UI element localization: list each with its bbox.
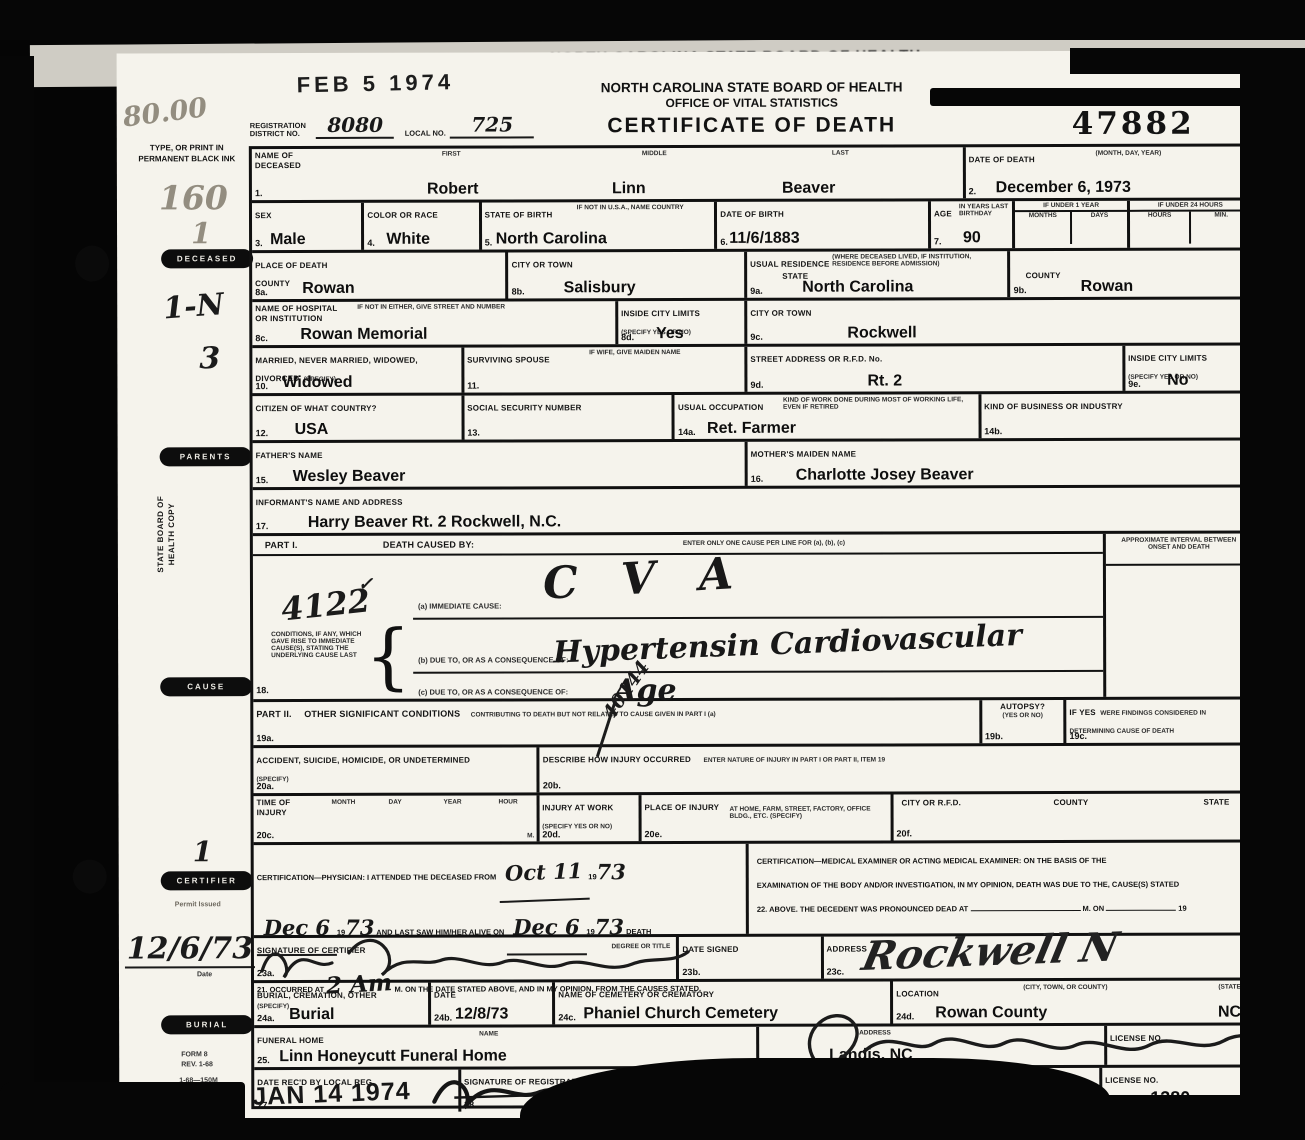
field-color-or-race: COLOR OR RACE 4. White [361, 203, 478, 250]
describe-sublabel: ENTER NATURE OF INJURY IN PART I OR PART… [703, 756, 885, 763]
field-marital-status: MARRIED, NEVER MARRIED, WIDOWED, DIVORCE… [252, 348, 461, 394]
item-5: 5. [485, 238, 493, 248]
field-place-of-injury: PLACE OF INJURY AT HOME, FARM, STREET, F… [638, 794, 890, 841]
item-14b: 14b. [984, 426, 1002, 436]
item-9d: 9d. [750, 380, 763, 390]
autopsy-sublabel: (YES OR NO) [985, 712, 1061, 719]
registration-district-label: REGISTRATION DISTRICT NO. [250, 122, 312, 139]
mother-label: MOTHER'S MAIDEN NAME [751, 450, 856, 459]
received-stamp-feb: FEB 5 1974 [296, 69, 454, 98]
item-9b: 9b. [1014, 285, 1027, 295]
location-value: Rowan County [935, 1004, 1047, 1022]
last-sublabel: LAST [832, 150, 849, 157]
location-label: LOCATION [896, 989, 939, 998]
residence-city-label: CITY OR TOWN [750, 309, 811, 318]
local-no-value: 725 [450, 112, 534, 138]
burial-type-value: Burial [289, 1006, 334, 1024]
place-of-injury-sublabel: AT HOME, FARM, STREET, FACTORY, OFFICE B… [729, 805, 889, 819]
black-blob-left [0, 1082, 245, 1140]
me-text3: ABOVE. THE DECEDENT WAS PRONOUNCED DEAD … [769, 904, 968, 914]
item-3: 3. [255, 238, 263, 248]
hospital-value: Rowan Memorial [300, 326, 427, 344]
place-of-injury-label: PLACE OF INJURY [644, 803, 719, 812]
address-label: ADDRESS [827, 945, 868, 954]
yr19: 19 [1178, 904, 1186, 913]
item-7: 7. [934, 236, 942, 246]
margin-pencil-160: 160 [159, 178, 228, 217]
field-death-city: CITY OR TOWN 8b. Salisbury [506, 252, 745, 299]
signer-label: SIGNATURE OF CERTIFIER [257, 946, 366, 955]
field-certifier-address: ADDRESS 23c. Rockwell N [821, 936, 1253, 979]
certificate-number: 47882 [1072, 106, 1195, 142]
part1-label: PART I. [265, 540, 298, 551]
hole-punch-top [75, 246, 109, 282]
scan-black-top [0, 0, 1305, 40]
field-business: KIND OF BUSINESS OR INDUSTRY 14b. [978, 394, 1251, 439]
item-24b: 24b. [434, 1013, 452, 1023]
tab-certifier: CERTIFIER [161, 871, 253, 890]
item-20a: 20a. [256, 781, 274, 791]
item-9a: 9a. [750, 286, 763, 296]
injury-county-label: COUNTY [1053, 798, 1088, 808]
item-8b: 8b. [512, 286, 525, 296]
due-to-b-value: Hypertensin Cardiovascular [553, 618, 1023, 671]
item-6: 6. [720, 237, 728, 247]
citizen-value: USA [295, 421, 329, 439]
scan-black-right [1240, 60, 1305, 1140]
item-9c: 9c. [750, 332, 763, 342]
informant-label: INFORMANT'S NAME AND ADDRESS [256, 498, 403, 507]
item-16: 16. [751, 474, 764, 484]
item-8a: 8a. [255, 287, 268, 297]
race-label: COLOR OR RACE [367, 211, 438, 220]
deceased-last-name: Beaver [782, 180, 835, 198]
item-4: 4. [367, 238, 375, 248]
deceased-middle-name: Linn [612, 180, 646, 198]
cemetery-value: Phaniel Church Cemetery [583, 1005, 778, 1024]
field-hospital: NAME OF HOSPITAL OR INSTITUTION IF NOT I… [252, 301, 615, 345]
age-sublabel: IN YEARS LAST BIRTHDAY [959, 203, 1011, 217]
months-sublabel: MONTHS [1015, 212, 1070, 244]
me-text2: EXAMINATION OF THE BODY AND/OR INVESTIGA… [757, 880, 1179, 890]
due-to-b-label: (b) DUE TO, OR AS A CONSEQUENCE OF: [418, 655, 568, 664]
death-county-value: Rowan [302, 280, 355, 298]
checkmark: ✓ [358, 574, 373, 595]
icl-value: Yes [656, 325, 684, 343]
field-father: FATHER'S NAME 15. Wesley Beaver [253, 442, 745, 487]
field-residence-county: COUNTY 9b. Rowan [1008, 251, 1252, 298]
field-death-county: PLACE OF DEATH COUNTY 8a. Rowan [252, 252, 506, 299]
phys-text1: I ATTENDED THE DECEASED FROM [367, 873, 496, 882]
describe-label: DESCRIBE HOW INJURY OCCURRED [543, 755, 691, 764]
me-cert-label: CERTIFICATION—MEDICAL EXAMINER OR ACTING… [757, 856, 1022, 866]
item-8d: 8d. [621, 332, 634, 342]
field-signature-of-certifier: SIGNATURE OF CERTIFIER DEGREE OR TITLE 2… [254, 937, 677, 980]
field-inside-city-limits-death: INSIDE CITY LIMITS (SPECIFY YES OR NO) 8… [615, 301, 744, 344]
margin-form-rev: REV. 1-68 [181, 1061, 213, 1068]
item-12: 12. [256, 428, 269, 438]
other-conditions-label: OTHER SIGNIFICANT CONDITIONS [304, 709, 460, 719]
residence-city-value: Rockwell [847, 324, 916, 342]
margin-date-label: Date [197, 971, 212, 978]
date-of-death-value: December 6, 1973 [996, 179, 1131, 197]
age-value: 90 [963, 229, 981, 247]
residence-county-value: Rowan [1081, 278, 1134, 296]
tab-burial: BURIAL [161, 1015, 253, 1034]
item-13: 13. [467, 428, 480, 438]
birth-state-label: STATE OF BIRTH [485, 210, 553, 219]
location-sublabel: (CITY, TOWN, OR COUNTY) [1023, 984, 1107, 991]
field-autopsy: AUTOPSY? (YES OR NO) 19b. [979, 700, 1064, 743]
item-19a: 19a. [256, 733, 274, 743]
interval-column: APPROXIMATE INTERVAL BETWEEN ONSET AND D… [1103, 534, 1253, 697]
birth-state-value: North Carolina [496, 230, 607, 248]
under1-label: IF UNDER 1 YEAR [1015, 201, 1126, 212]
item-23b: 23b. [682, 967, 700, 977]
tab-deceased: DECEASED [161, 249, 253, 268]
scanned-death-certificate: { "header": { "back_page_text": "NORTH C… [0, 0, 1305, 1140]
spacer-cell [1015, 1026, 1105, 1065]
residence-county-label: COUNTY [1026, 271, 1061, 281]
location-state-value: NC [1218, 1004, 1241, 1022]
deceased-first-name: Robert [427, 181, 479, 199]
hour-sublabel: HOUR [499, 798, 518, 805]
death-city-value: Salisbury [564, 279, 636, 297]
item-22: 22. [757, 905, 767, 914]
caused-by-label: DEATH CAUSED BY: [383, 540, 474, 551]
item-9e: 9e. [1128, 379, 1141, 389]
burial-date-value: 12/8/73 [455, 1005, 508, 1023]
degree-label: DEGREE OR TITLE [611, 943, 670, 950]
scan-black-left [0, 56, 34, 1140]
injury-state-label: STATE [1203, 798, 1229, 808]
item-20c: 20c. [257, 830, 275, 840]
item-11: 11. [467, 381, 479, 391]
year-sublabel: YEAR [444, 799, 462, 806]
field-cemetery: NAME OF CEMETERY OR CREMATORY 24c. Phani… [552, 981, 890, 1024]
field-date-of-birth: DATE OF BIRTH 6. 11/6/1883 [714, 201, 928, 249]
hospital-sublabel: IF NOT IN EITHER, GIVE STREET AND NUMBER [357, 303, 567, 311]
field-injury-at-work: INJURY AT WORK (SPECIFY YES OR NO) 20d. [536, 795, 638, 841]
under24-label: IF UNDER 24 HOURS [1130, 201, 1251, 212]
field-occupation: USUAL OCCUPATION KIND OF WORK DONE DURIN… [672, 394, 978, 439]
interval-label: APPROXIMATE INTERVAL BETWEEN ONSET AND D… [1106, 534, 1252, 566]
field-date-signed: DATE SIGNED 23b. [676, 937, 820, 979]
icl2-value: No [1167, 372, 1188, 390]
field-sex: SEX 3. Male [252, 203, 361, 250]
item-17: 17. [256, 521, 269, 531]
field-if-under-1-year: IF UNDER 1 YEAR MONTHS DAYS [1012, 201, 1126, 248]
business-label: KIND OF BUSINESS OR INDUSTRY [984, 402, 1123, 411]
cemetery-label: NAME OF CEMETERY OR CREMATORY [558, 990, 714, 999]
item-24a: 24a. [257, 1013, 275, 1023]
embalmer-license-label: LICENSE NO. [1105, 1076, 1158, 1085]
mother-value: Charlotte Josey Beaver [796, 466, 974, 484]
item-10: 10. [255, 381, 268, 391]
item-1: 1. [255, 188, 263, 198]
field-name-of-deceased: NAME OF DECEASED FIRST MIDDLE LAST 1. Ro… [252, 147, 963, 200]
registration-district-value: 8080 [316, 113, 394, 139]
father-label: FATHER'S NAME [256, 451, 323, 460]
certificate-form: NAME OF DECEASED FIRST MIDDLE LAST 1. Ro… [249, 144, 1257, 1110]
funeral-home-value: Linn Honeycutt Funeral Home [279, 1047, 507, 1066]
local-no-label: LOCAL NO. [405, 130, 446, 139]
icl-label: INSIDE CITY LIMITS [621, 309, 700, 318]
occupation-value: Ret. Farmer [707, 420, 796, 438]
street-value: Rt. 2 [867, 372, 902, 390]
field-surviving-spouse: SURVIVING SPOUSE IF WIFE, GIVE MAIDEN NA… [461, 347, 744, 393]
occupation-label: USUAL OCCUPATION [678, 403, 778, 413]
field-cemetery-location: LOCATION (CITY, TOWN, OR COUNTY) (STATE)… [890, 981, 1253, 1024]
field-informant: INFORMANT'S NAME AND ADDRESS 17. Harry B… [253, 488, 1252, 534]
age-label: AGE [934, 209, 952, 218]
attended-from-value: Oct 11 [497, 845, 589, 903]
days-sublabel: DAYS [1070, 212, 1127, 244]
birth-state-sublabel: IF NOT IN U.S.A., NAME COUNTRY [577, 204, 707, 211]
item-24c: 24c. [558, 1012, 576, 1022]
part2-label: PART II. [256, 709, 291, 719]
due-to-c-label: (c) DUE TO, OR AS A CONSEQUENCE OF: [418, 687, 568, 696]
black-blob-right [1095, 1095, 1305, 1140]
margin-date-value: 12/6/73 [125, 931, 255, 968]
m-suffix: M. [527, 832, 534, 839]
margin-pen-1n: 1-N [162, 287, 225, 326]
item-19c: 19c. [1069, 731, 1087, 741]
attended-from-year: 73 [597, 846, 626, 899]
item-20f: 20f. [897, 828, 913, 838]
field-findings: IF YES WERE FINDINGS CONSIDERED IN DETER… [1063, 700, 1252, 743]
director-license-label: LICENSE NO. [1110, 1034, 1163, 1043]
physician-certification: CERTIFICATION—PHYSICIAN: I ATTENDED THE … [254, 844, 746, 935]
immediate-cause-value: C V A [542, 548, 748, 610]
field-age: AGE IN YEARS LAST BIRTHDAY 7. 90 [928, 201, 1013, 248]
residence-sublabel: (WHERE DECEASED LIVED, IF INSTITUTION, R… [832, 253, 1010, 267]
sex-value: Male [270, 231, 306, 249]
other-conditions-sublabel: CONTRIBUTING TO DEATH BUT NOT RELATED TO… [471, 711, 716, 719]
ssn-label: SOCIAL SECURITY NUMBER [467, 403, 581, 412]
race-value: White [386, 231, 430, 249]
margin-form-no: FORM 8 [181, 1051, 207, 1058]
margin-pen-cert1: 1 [193, 835, 213, 868]
date-signed-label: DATE SIGNED [682, 945, 738, 954]
residence-label: USUAL RESIDENCE [750, 260, 829, 269]
item-24d: 24d. [896, 1011, 914, 1021]
sex-label: SEX [255, 211, 272, 220]
findings-label: IF YES [1069, 708, 1095, 717]
field-describe-injury: DESCRIBE HOW INJURY OCCURRED ENTER NATUR… [537, 746, 1253, 793]
item-20e: 20e. [645, 829, 663, 839]
me-text1: ON THE BASIS OF THE [1024, 856, 1107, 865]
item-18: 18. [256, 685, 269, 695]
autopsy-label: AUTOPSY? [985, 702, 1061, 712]
brace: { [365, 614, 411, 698]
phys-cert-label: CERTIFICATION—PHYSICIAN: [257, 873, 365, 882]
margin-pencil-amount: 80.00 [121, 92, 209, 133]
field-inside-city-limits-residence: INSIDE CITY LIMITS (SPECIFY YES OR NO) 9… [1122, 346, 1251, 391]
place-of-death-label: PLACE OF DEATH [255, 261, 327, 270]
margin-pencil-1: 1 [191, 216, 211, 250]
date-received-stamp: JAN 14 1974 [252, 1077, 411, 1112]
medical-examiner-certification: CERTIFICATION—MEDICAL EXAMINER OR ACTING… [746, 843, 1253, 934]
black-blob-center [520, 1058, 1110, 1140]
time-of-injury-label: TIME OF INJURY [257, 798, 302, 817]
field-injury-city-county-state: CITY OR R.F.D. COUNTY STATE 20f. [890, 794, 1252, 841]
yr-prefix-1: 19 [588, 872, 596, 881]
marital-value: Widowed [282, 374, 352, 392]
field-residence-city: CITY OR TOWN 9c. Rockwell [744, 300, 1251, 344]
dob-value: 11/6/1883 [729, 230, 799, 248]
burial-type-sublabel: (SPECIFY) [257, 1003, 425, 1010]
middle-sublabel: MIDDLE [642, 150, 667, 157]
item-2: 2. [969, 186, 977, 196]
field-citizen: CITIZEN OF WHAT COUNTRY? 12. USA [252, 396, 461, 441]
dod-sublabel: (MONTH, DAY, YEAR) [1096, 150, 1162, 157]
field-mother: MOTHER'S MAIDEN NAME 16. Charlotte Josey… [745, 441, 1252, 486]
month-sublabel: MONTH [332, 799, 356, 806]
item-28: 28. [464, 1100, 477, 1110]
field-ssn: SOCIAL SECURITY NUMBER 13. [461, 395, 672, 440]
death-city-label: CITY OR TOWN [512, 260, 573, 269]
work-label: INJURY AT WORK [542, 803, 613, 812]
injury-city-label: CITY OR R.F.D. [901, 798, 961, 808]
first-sublabel: FIRST [442, 151, 461, 158]
field-date-of-death: DATE OF DEATH (MONTH, DAY, YEAR) 2. Dece… [963, 147, 1251, 199]
margin-permit-issued: Permit Issued [175, 901, 221, 908]
dob-label: DATE OF BIRTH [720, 210, 784, 219]
item-23c: 23c. [827, 967, 845, 977]
accident-label: ACCIDENT, SUICIDE, HOMICIDE, OR UNDETERM… [256, 756, 470, 766]
hours-sublabel: HOURS [1130, 212, 1190, 244]
residence-state-value: North Carolina [802, 278, 913, 296]
street-label: STREET ADDRESS OR R.F.D. No. [750, 354, 882, 363]
spouse-label: SURVIVING SPOUSE [467, 355, 550, 364]
item-19b: 19b. [985, 731, 1003, 741]
item-20d: 20d. [542, 829, 560, 839]
field-residence-state: USUAL RESIDENCE (WHERE DECEASED LIVED, I… [744, 251, 1008, 298]
certifier-address-value: Rockwell N [858, 923, 1123, 979]
field-state-of-birth: STATE OF BIRTH IF NOT IN U.S.A., NAME CO… [479, 202, 715, 250]
occupation-sublabel: KIND OF WORK DONE DURING MOST OF WORKING… [783, 396, 973, 410]
informant-value: Harry Beaver Rt. 2 Rockwell, N.C. [308, 513, 561, 532]
name-label: NAME OF DECEASED [255, 151, 325, 170]
icl2-label: INSIDE CITY LIMITS [1128, 354, 1207, 363]
burial-date-label: DATE [434, 991, 456, 1000]
father-value: Wesley Beaver [293, 468, 406, 486]
item-25: 25. [257, 1055, 270, 1065]
margin-copy-note: STATE BOARD OF HEALTH COPY [156, 479, 178, 589]
field-accident: ACCIDENT, SUICIDE, HOMICIDE, OR UNDETERM… [253, 747, 536, 793]
field-burial-date: DATE 24b. 12/8/73 [428, 982, 552, 1024]
field-burial-type: BURIAL, CREMATION, OTHER (SPECIFY) 24a. … [254, 983, 428, 1025]
item-8c: 8c. [255, 333, 268, 343]
funeral-home-label: FUNERAL HOME [257, 1036, 324, 1045]
item-15: 15. [256, 475, 269, 485]
day-sublabel: DAY [389, 799, 402, 806]
item-23a: 23a. [257, 968, 275, 978]
citizen-label: CITIZEN OF WHAT COUNTRY? [255, 404, 376, 413]
spouse-sublabel: IF WIFE, GIVE MAIDEN NAME [589, 349, 680, 356]
hospital-label: NAME OF HOSPITAL OR INSTITUTION [255, 304, 350, 323]
margin-pen-3: 3 [199, 341, 220, 376]
field-date-received: DATE REC'D BY LOCAL REG. 27. JAN 14 1974 [254, 1070, 458, 1113]
field-time-of-injury: TIME OF INJURY MONTH DAY YEAR HOUR 20c. … [254, 795, 537, 842]
fh-addr-sublabel: ADDRESS [859, 1029, 891, 1036]
margin-type-note: TYPE, OR PRINT IN PERMANENT BLACK INK [131, 143, 243, 165]
one-cause-note: ENTER ONLY ONE CAUSE PER LINE FOR (a), (… [683, 540, 845, 547]
certificate-paper: FEB 5 1974 NORTH CAROLINA STATE BOARD OF… [117, 51, 1260, 1140]
dod-label: DATE OF DEATH [969, 155, 1035, 164]
item-14a: 14a. [678, 427, 696, 437]
field-director-license: LICENSE NO. [1104, 1026, 1253, 1065]
tab-cause: CAUSE [160, 677, 252, 696]
part2-section: PART II. OTHER SIGNIFICANT CONDITIONS CO… [253, 700, 979, 745]
glitch-bar-2 [930, 88, 1275, 106]
immediate-cause-label: (a) IMMEDIATE CAUSE: [418, 601, 502, 610]
tab-parents: PARENTS [160, 447, 252, 466]
field-street-address: STREET ADDRESS OR R.F.D. No. 9d. Rt. 2 [744, 346, 1122, 392]
part1-cause-section: PART I. DEATH CAUSED BY: ENTER ONLY ONE … [253, 534, 1103, 699]
item-20b: 20b. [543, 780, 561, 790]
hole-punch-bottom [73, 860, 107, 894]
conditions-note: CONDITIONS, IF ANY, WHICH GAVE RISE TO I… [271, 631, 363, 659]
fh-name-sublabel: NAME [479, 1030, 498, 1037]
field-if-under-24-hours: IF UNDER 24 HOURS HOURS MIN. [1127, 201, 1251, 248]
m-on-label: M. ON [1082, 904, 1104, 913]
burial-type-label: BURIAL, CREMATION, OTHER [257, 991, 377, 1000]
